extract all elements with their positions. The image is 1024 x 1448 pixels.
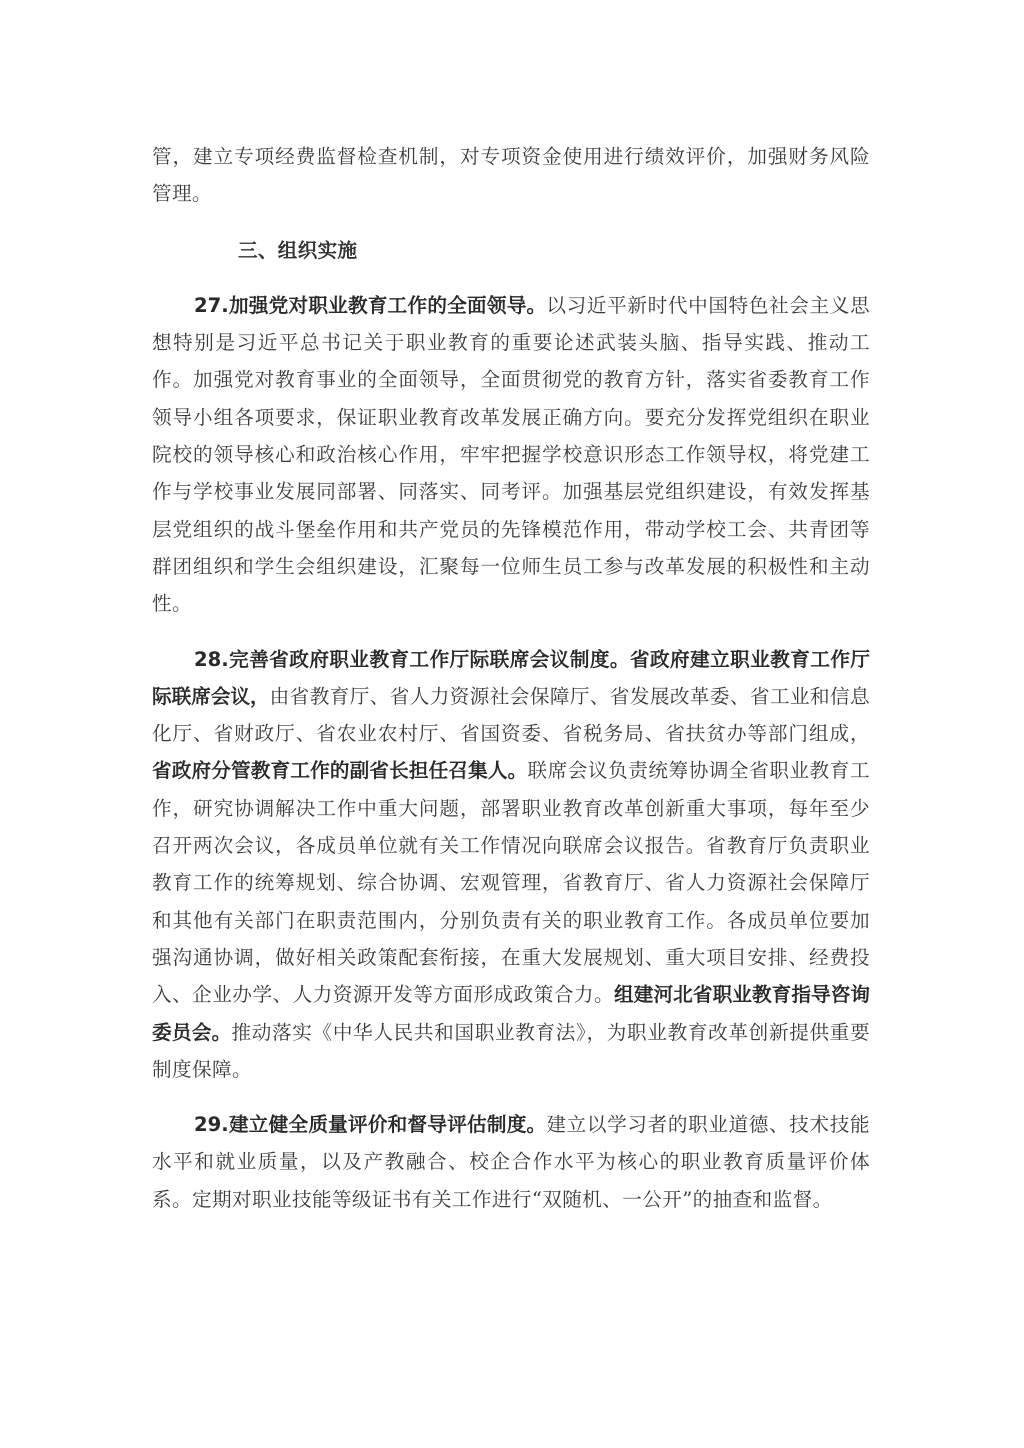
item-28-title: 完善省政府职业教育工作厅际联席会议制度。 bbox=[229, 648, 630, 671]
item-29-number: 29. bbox=[194, 1113, 229, 1136]
item-27-number: 27. bbox=[194, 294, 229, 317]
item-29-paragraph: 29.建立健全质量评价和督导评估制度。建立以学习者的职业道德、技术技能水平和就业… bbox=[152, 1106, 870, 1218]
item-27-paragraph: 27.加强党对职业教育工作的全面领导。以习近平新时代中国特色社会主义思想特别是习… bbox=[152, 287, 870, 623]
item-27-title: 加强党对职业教育工作的全面领导。 bbox=[229, 294, 547, 317]
item-28-number: 28. bbox=[194, 648, 229, 671]
item-29-title: 建立健全质量评价和督导评估制度。 bbox=[229, 1113, 547, 1136]
item-28-body-2: 联席会议负责统筹协调全省职业教育工作，研究协调解决工作中重大问题，部署职业教育改… bbox=[152, 759, 870, 1006]
continuation-paragraph: 管，建立专项经费监督检查机制，对专项资金使用进行绩效评价，加强财务风险管理。 bbox=[152, 138, 870, 213]
item-27-body: 以习近平新时代中国特色社会主义思想特别是习近平总书记关于职业教育的重要论述武装头… bbox=[152, 294, 870, 615]
item-28-body-3: 推动落实《中华人民共和国职业教育法》，为职业教育改革创新提供重要制度保障。 bbox=[152, 1021, 870, 1081]
item-28-bold-2: 省政府分管教育工作的副省长担任召集人。 bbox=[152, 759, 527, 782]
section-heading: 三、组织实施 bbox=[152, 232, 870, 269]
document-page: 管，建立专项经费监督检查机制，对专项资金使用进行绩效评价，加强财务风险管理。 三… bbox=[152, 138, 870, 1218]
item-28-paragraph: 28.完善省政府职业教育工作厅际联席会议制度。省政府建立职业教育工作厅际联席会议… bbox=[152, 641, 870, 1089]
